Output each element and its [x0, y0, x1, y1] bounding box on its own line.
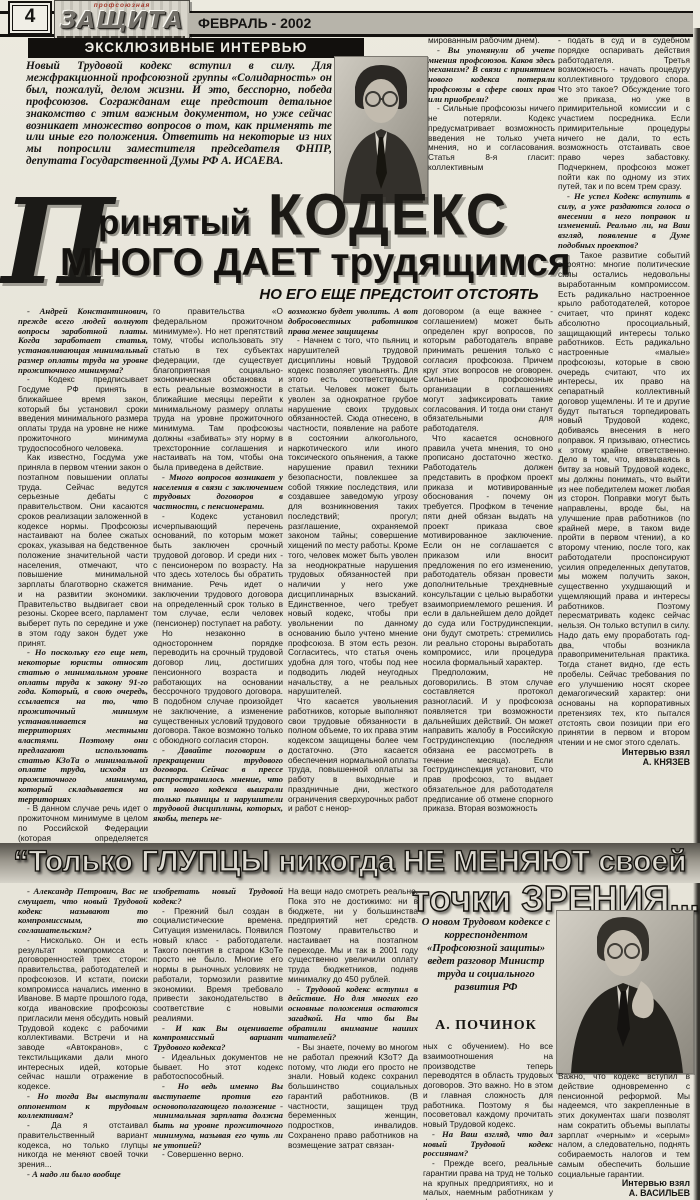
paragraph: - Идеальных документов не бывает. Но это… — [153, 1053, 283, 1082]
paragraph: - Да я отстаивал правительственный вариа… — [18, 1121, 148, 1170]
paragraph: - Сильные профсоюзы ничего не потеряли. … — [428, 104, 555, 172]
paragraph: договором (а еще важнее - соглашением) м… — [423, 307, 553, 434]
paragraph: - Но тогда Вы выступали оппонентом к тру… — [18, 1092, 148, 1121]
paragraph: - Но поскольку его еще нет, некоторые юр… — [18, 648, 148, 804]
page-number: 4 — [8, 1, 52, 35]
paragraph: - Кодекс установил исчерпывающий перечен… — [153, 512, 283, 629]
paragraph: - Вы знаете, почему во многом не работал… — [288, 1043, 418, 1150]
photo-pochinok — [556, 910, 694, 1074]
paragraph: - Начнем с того, что пьяниц и нарушителе… — [288, 336, 418, 697]
article1-column4-top: мированным рабочим днем).- Вы упомянули … — [428, 36, 555, 200]
article2-column5: Важно, что кодекс вступил в действие одн… — [558, 1072, 690, 1200]
article1-column3: возможно будет уволить. А вот добросовес… — [288, 307, 418, 844]
masthead-logo-title: ЗАЩИТА — [55, 8, 189, 34]
paragraph: - На Ваш взгляд, что дал новый Трудовой … — [423, 1130, 553, 1159]
article2-column3: На вещи надо смотреть реально. Пока это … — [288, 887, 418, 1200]
paragraph: - И как Вы оцениваете компромиссный вари… — [153, 1024, 283, 1053]
paragraph: На вещи надо смотреть реально. Пока это … — [288, 887, 418, 985]
article1-column2: го правительства «О федеральном прожиточ… — [153, 307, 283, 844]
paragraph: - Нисколько. Он и есть результат компром… — [18, 936, 148, 1092]
signature: А. КНЯЗЕВ — [558, 758, 690, 768]
article1-column4: договором (а еще важнее - соглашением) м… — [423, 307, 553, 844]
paragraph: - Много вопросов возникает у населения в… — [153, 473, 283, 512]
paragraph: возможно будет уволить. А вот добросовес… — [288, 307, 418, 336]
paragraph: - Александр Петрович, Вас не смущает, чт… — [18, 887, 148, 936]
article1-headline-word1: ринятый — [98, 206, 251, 240]
paragraph: - А надо ли было вообще — [18, 1170, 148, 1180]
paragraph: - Но ведь именно Вы выступаете против ег… — [153, 1082, 283, 1150]
paragraph: - Давайте поговорим о прекращении трудов… — [153, 746, 283, 824]
paragraph: Что касается основного правила учета мне… — [423, 434, 553, 668]
paragraph: - подать в суд и в судебном порядке оспа… — [558, 36, 690, 192]
page-scan-edge — [693, 28, 700, 1200]
paragraph: - Такое развитие событий вероятно: многи… — [558, 251, 690, 748]
article1-subhead: НО ЕГО ЕЩЕ ПРЕДСТОИТ ОТСТОЯТЬ — [238, 286, 560, 303]
paragraph: - Прежде всего, реальные гарантии права … — [423, 1159, 553, 1200]
article1-headline-line2: МНОГО ДАЕТ трудящимся — [60, 243, 571, 283]
article2-lede: О новом Трудовом кодексе с корреспондент… — [416, 916, 556, 1016]
paragraph: Но незаконно в одностороннем порядке пер… — [153, 629, 283, 746]
paragraph: ных с обучением). Но все взаимоотношения… — [423, 1042, 553, 1130]
paragraph: го правительства «О федеральном прожиточ… — [153, 307, 283, 473]
article2-column1: - Александр Петрович, Вас не смущает, чт… — [18, 887, 148, 1200]
article2-column2: изобретать новый Трудовой кодекс?- Прежн… — [153, 887, 283, 1200]
paragraph: - Кодекс предписывает Госдуме РФ принять… — [18, 375, 148, 453]
paragraph: изобретать новый Трудовой кодекс? — [153, 887, 283, 907]
paragraph: Предположим, не договорились. В этом слу… — [423, 668, 553, 814]
paragraph: - Прежний был создан в социалистические … — [153, 907, 283, 1024]
paragraph: Что касается увольнения работников, кото… — [288, 697, 418, 814]
paragraph: Как известно, Госдума уже приняла в перв… — [18, 453, 148, 648]
article2-lede-name: А. ПОЧИНОК — [416, 1018, 556, 1034]
section-banner: ЭКСКЛЮЗИВНЫЕ ИНТЕРВЬЮ — [28, 38, 364, 58]
article1-column1: - Андрей Константинович, прежде всего лю… — [18, 307, 148, 844]
paragraph: - Совершенно верно. — [153, 1150, 283, 1160]
paragraph: Важно, что кодекс вступил в действие одн… — [558, 1072, 690, 1179]
article1-column5: - подать в суд и в судебном порядке оспа… — [558, 36, 690, 844]
article2-headline-line1: “Только ГЛУПЦЫ никогда НЕ МЕНЯЮТ своей — [0, 845, 700, 879]
paragraph: - Вы упомянули об учете мнения профсоюзо… — [428, 46, 555, 105]
signature: А. ВАСИЛЬЕВ — [558, 1189, 690, 1199]
paragraph: - Трудовой кодекс вступил в действие. Но… — [288, 985, 418, 1044]
paragraph: - Не успел Кодекс вступить в силу, а уже… — [558, 192, 690, 251]
issue-date: ФЕВРАЛЬ - 2002 — [188, 13, 693, 34]
paragraph: - Андрей Константинович, прежде всего лю… — [18, 307, 148, 375]
article2-column4: ных с обучением). Но все взаимоотношения… — [423, 1042, 553, 1200]
paragraph: - В данном случае речь идет о прожиточно… — [18, 804, 148, 844]
newspaper-page: 4 профсоюзная ЗАЩИТА ФЕВРАЛЬ - 2002 ЭКСК… — [0, 0, 700, 1200]
